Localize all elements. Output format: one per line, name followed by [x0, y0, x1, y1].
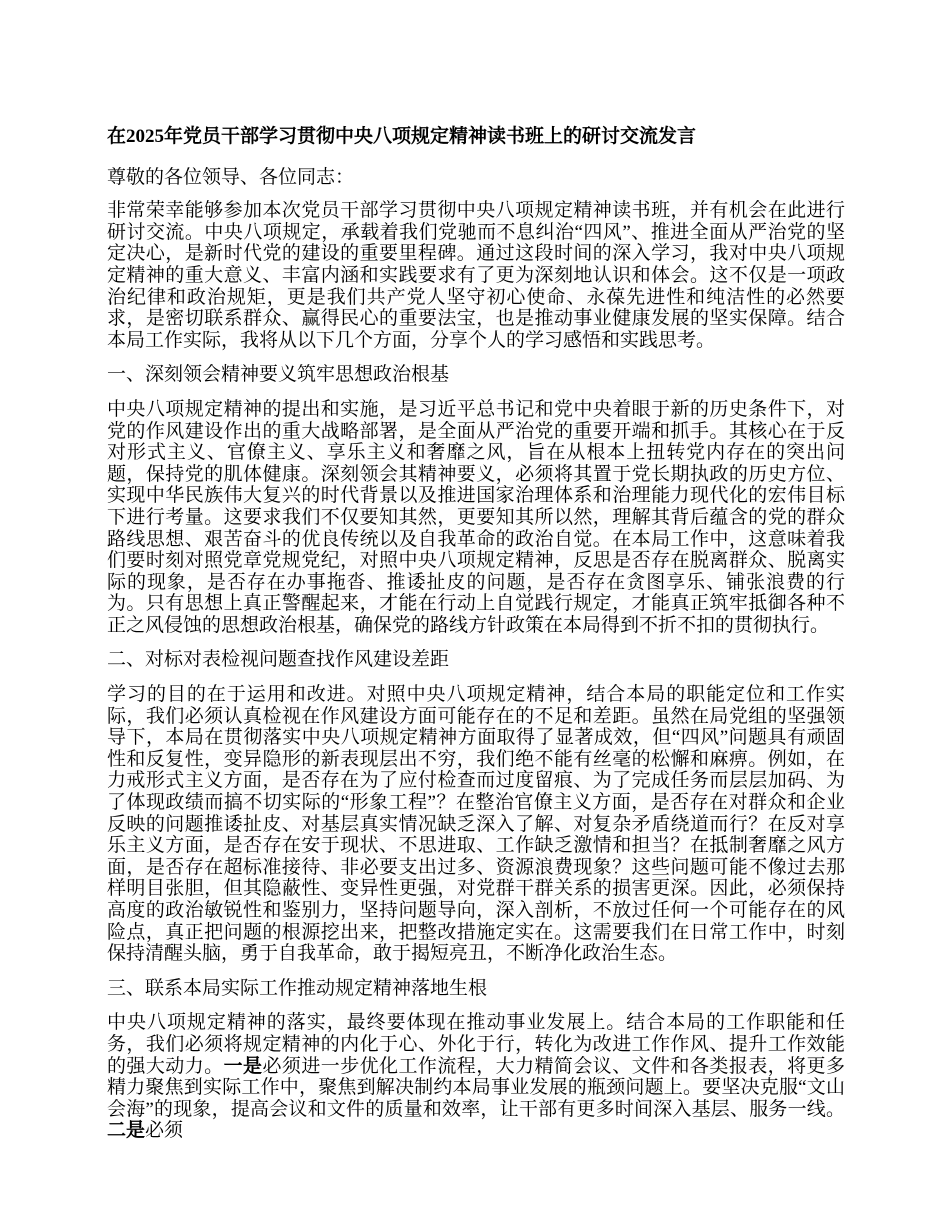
section-3-point-2-text: 必须 — [145, 1120, 183, 1141]
section-3-point-2-label: 二是 — [107, 1120, 145, 1141]
section-3-point-1-label: 一是 — [224, 1056, 263, 1077]
section-2-body: 学习的目的在于运用和改进。对照中央八项规定精神，结合本局的职能定位和工作实际，我… — [107, 684, 845, 965]
intro-paragraph: 非常荣幸能够参加本次党员干部学习贯彻中央八项规定精神读书班，并有机会在此进行研讨… — [107, 200, 845, 351]
section-3-heading: 三、联系本局实际工作推动规定精神落地生根 — [107, 978, 845, 1000]
section-2-heading: 二、对标对表检视问题查找作风建设差距 — [107, 649, 845, 671]
document-title: 在2025年党员干部学习贯彻中央八项规定精神读书班上的研讨交流发言 — [107, 126, 845, 148]
section-1-heading: 一、深刻领会精神要义筑牢思想政治根基 — [107, 364, 845, 386]
document-page: 在2025年党员干部学习贯彻中央八项规定精神读书班上的研讨交流发言 尊敬的各位领… — [0, 0, 950, 1172]
section-3-body: 中央八项规定精神的落实，最终要体现在推动事业发展上。结合本局的工作职能和任务，我… — [107, 1012, 845, 1142]
section-1-body: 中央八项规定精神的提出和实施，是习近平总书记和党中央着眼于新的历史条件下，对党的… — [107, 399, 845, 637]
greeting: 尊敬的各位领导、各位同志： — [107, 167, 845, 189]
